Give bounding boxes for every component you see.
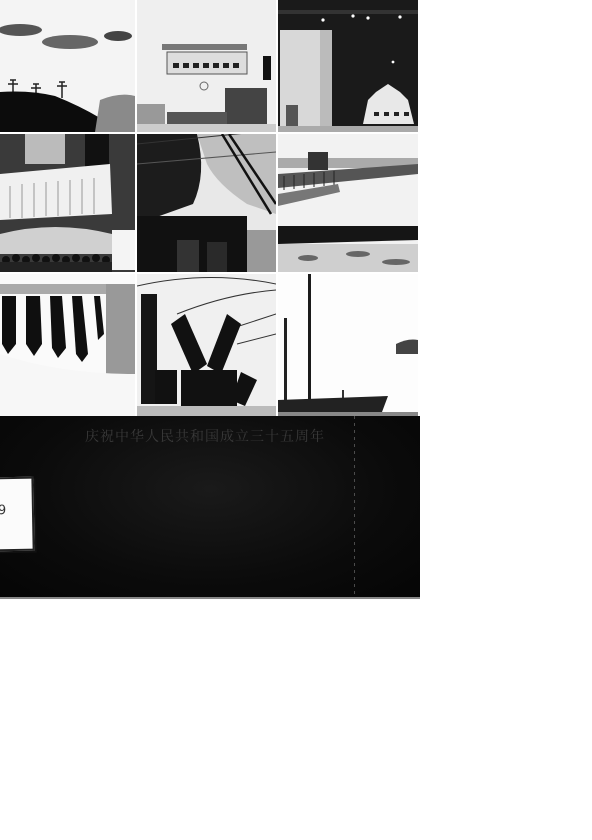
photo-grid: [0, 0, 418, 416]
photo-circuit-breakers: [137, 274, 276, 416]
photo-generator-stator: [0, 134, 135, 272]
call-number-text: 9: [0, 503, 6, 518]
photo-dam-construction-crane: [137, 134, 276, 272]
cover-bottom-edge: [0, 597, 420, 599]
cover-title: 庆祝中华人民共和国成立三十五周年: [60, 426, 350, 446]
photo-control-hall: [137, 0, 276, 132]
photo-chimneys-and-ship: [278, 274, 418, 416]
photo-dam-spillway-gates: [278, 134, 418, 272]
photo-turbine-hall: [278, 0, 418, 132]
library-call-number-label: 9: [0, 477, 35, 552]
book-cover: 庆祝中华人民共和国成立三十五周年 9: [0, 0, 420, 600]
photo-dam-spillway-discharge: [0, 274, 135, 416]
photo-transmission-towers: [0, 0, 135, 132]
title-band: 庆祝中华人民共和国成立三十五周年: [0, 416, 420, 598]
